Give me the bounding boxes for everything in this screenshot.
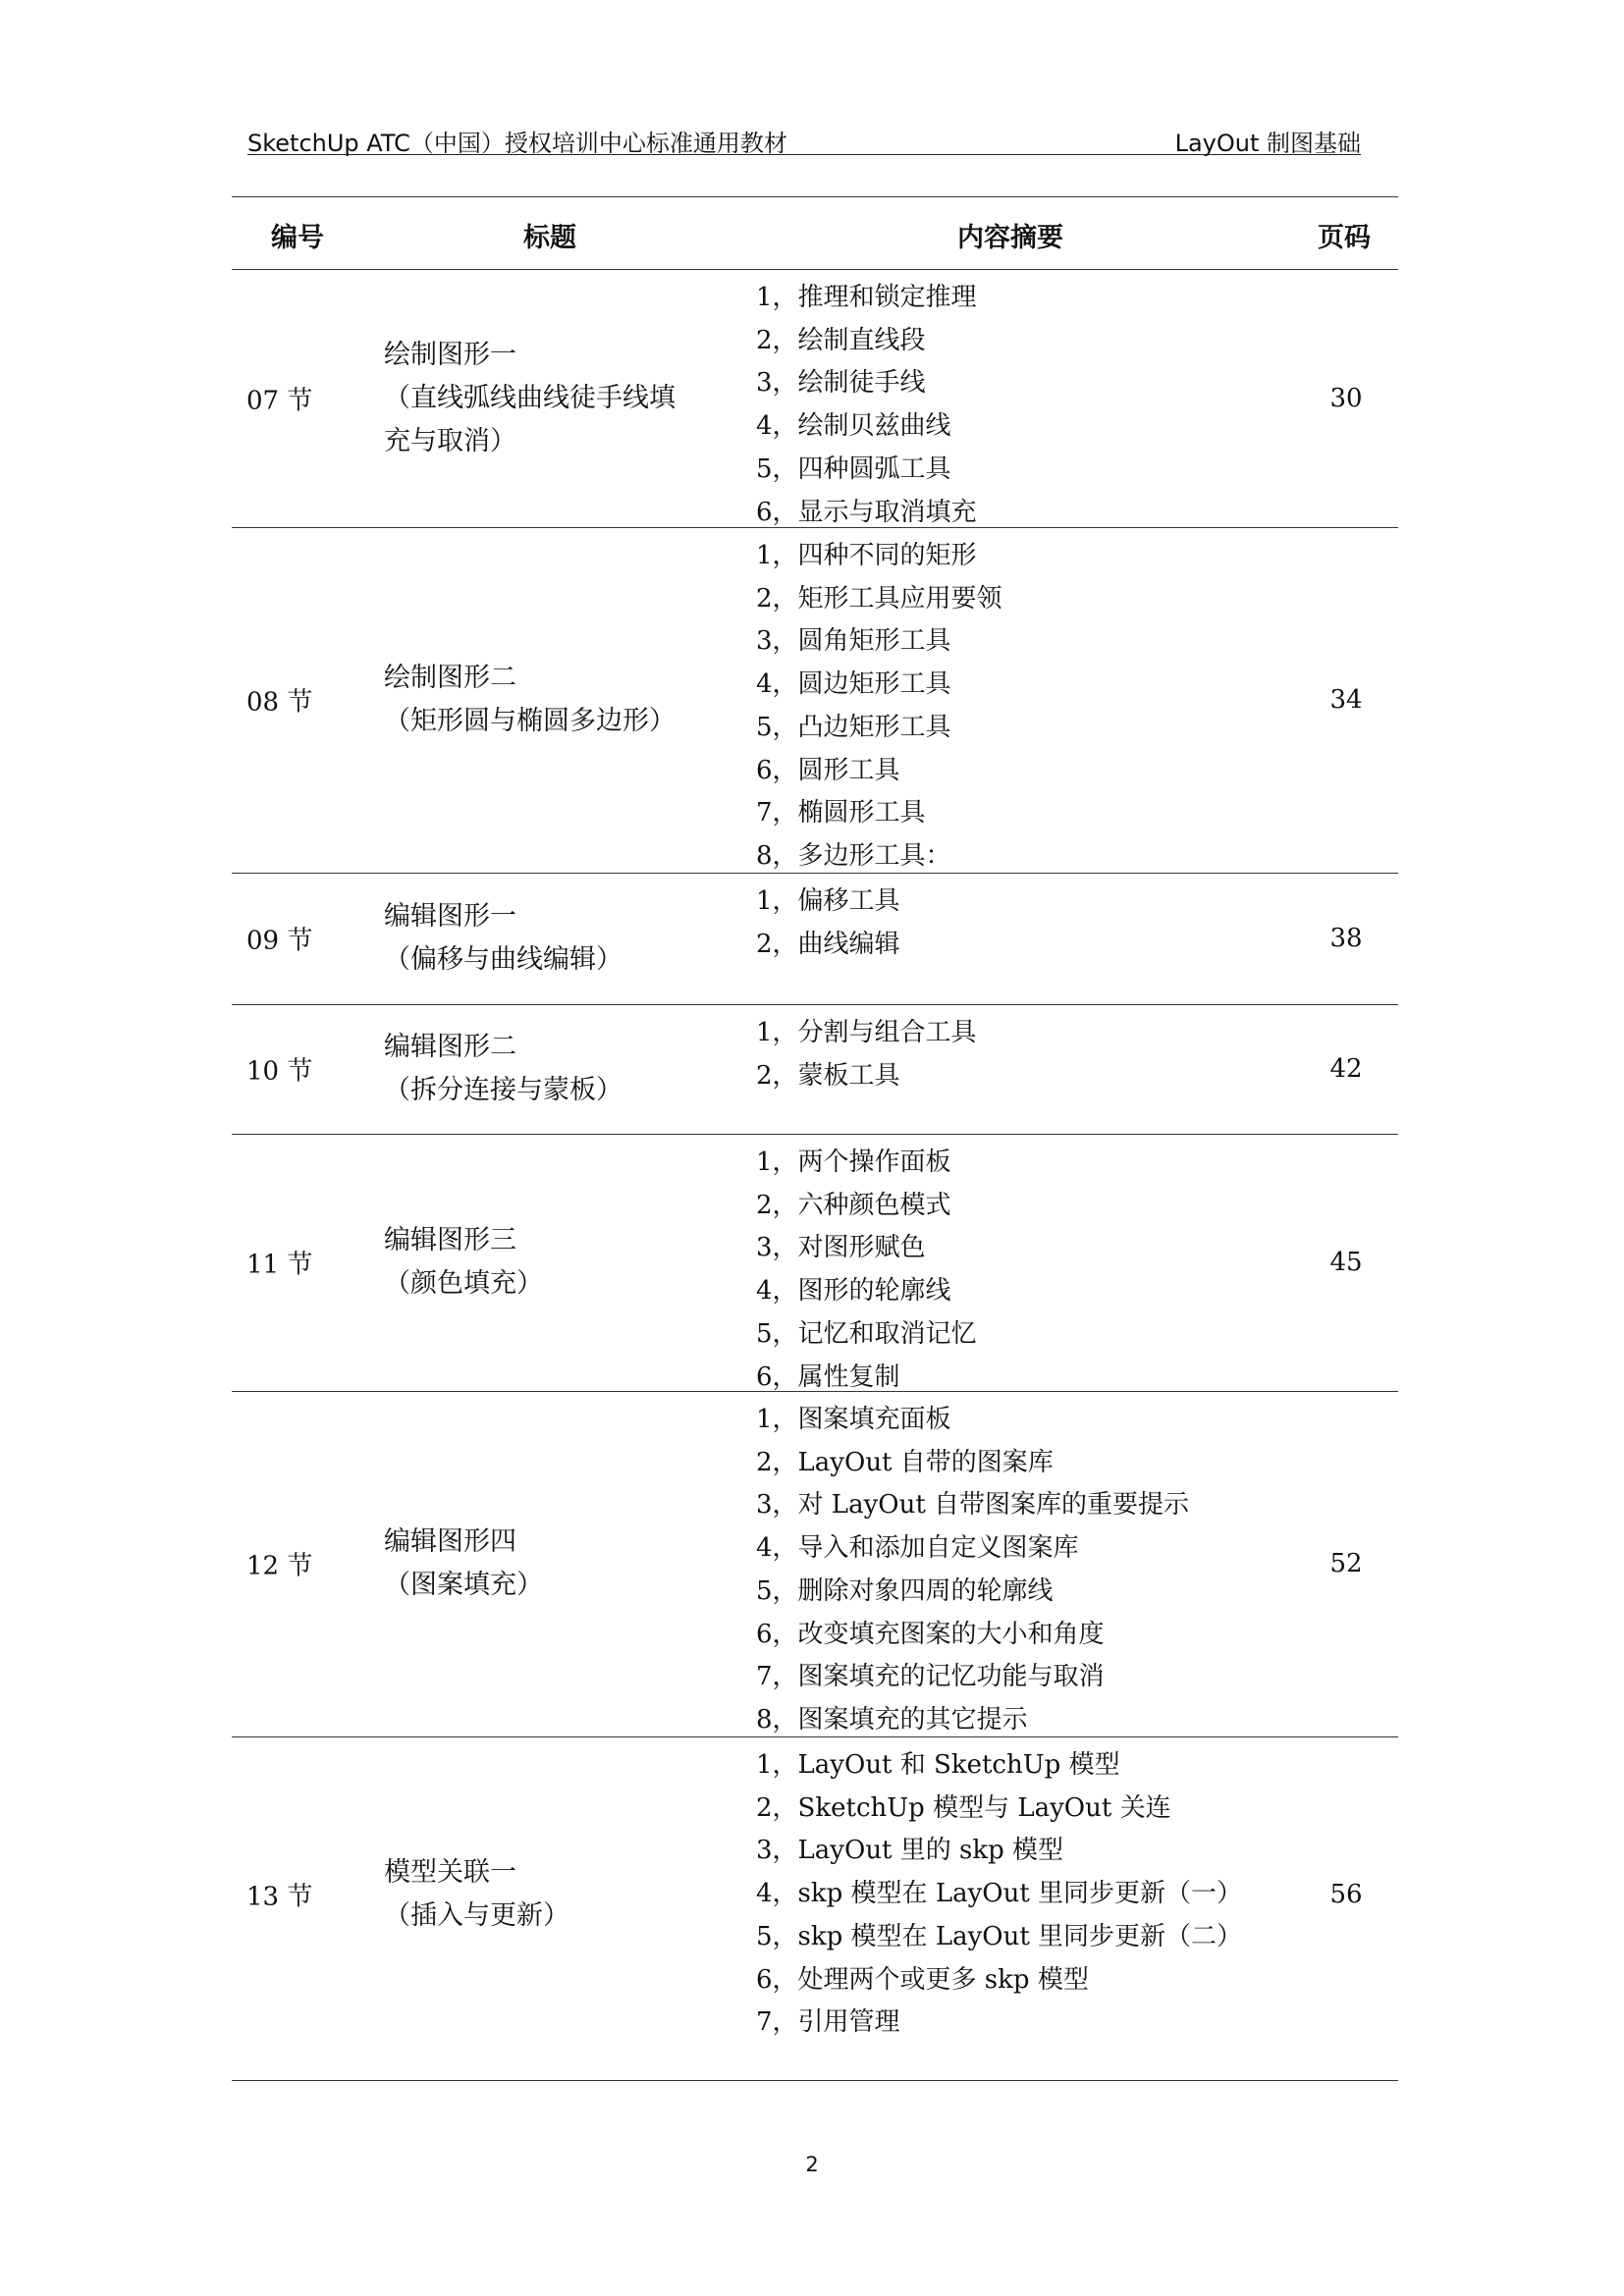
section-title-line: （直线弧线曲线徒手线填 bbox=[384, 377, 732, 420]
section-title-line: （图案填充） bbox=[384, 1564, 732, 1607]
section-title: 编辑图形一（偏移与曲线编辑） bbox=[384, 895, 732, 982]
summary-item: 1，推理和锁定推理 bbox=[756, 277, 977, 320]
summary-item: 6，改变填充图案的大小和角度 bbox=[756, 1614, 1189, 1657]
summary-item: 2，矩形工具应用要领 bbox=[756, 578, 1002, 621]
summary-item: 5，凸边矩形工具 bbox=[756, 707, 1002, 750]
summary-item: 3，对图形赋色 bbox=[756, 1227, 977, 1270]
summary-item: 1，偏移工具 bbox=[756, 881, 900, 924]
summary-list: 1，两个操作面板2，六种颜色模式3，对图形赋色4，图形的轮廓线5，记忆和取消记忆… bbox=[756, 1142, 977, 1399]
page-reference: 56 bbox=[1322, 1880, 1371, 1909]
table-top-rule bbox=[232, 196, 1398, 197]
page-reference: 42 bbox=[1322, 1054, 1371, 1084]
summary-item: 4，绘制贝兹曲线 bbox=[756, 405, 977, 449]
column-header-page: 页码 bbox=[1318, 216, 1371, 254]
section-number: 08 节 bbox=[246, 682, 312, 719]
section-title-line: 模型关联一 bbox=[384, 1851, 732, 1895]
table-row: 10 节编辑图形二（拆分连接与蒙板）1，分割与组合工具2，蒙板工具42 bbox=[232, 1004, 1398, 1134]
summary-item: 2，六种颜色模式 bbox=[756, 1185, 977, 1228]
section-number: 11 节 bbox=[246, 1245, 312, 1281]
page-reference: 38 bbox=[1322, 924, 1371, 953]
section-title-line: （偏移与曲线编辑） bbox=[384, 938, 732, 982]
summary-item: 2，SketchUp 模型与 LayOut 关连 bbox=[756, 1788, 1242, 1831]
summary-item: 3，绘制徒手线 bbox=[756, 362, 977, 405]
section-title-line: 编辑图形三 bbox=[384, 1219, 732, 1262]
summary-item: 7，椭圆形工具 bbox=[756, 792, 1002, 835]
section-number: 12 节 bbox=[246, 1546, 312, 1582]
summary-list: 1，图案填充面板2，LayOut 自带的图案库3，对 LayOut 自带图案库的… bbox=[756, 1399, 1189, 1742]
summary-item: 5，skp 模型在 LayOut 里同步更新（二） bbox=[756, 1916, 1242, 1959]
summary-item: 4，圆边矩形工具 bbox=[756, 664, 1002, 707]
summary-item: 1，LayOut 和 SketchUp 模型 bbox=[756, 1744, 1242, 1788]
summary-list: 1，四种不同的矩形2，矩形工具应用要领3，圆角矩形工具4，圆边矩形工具5，凸边矩… bbox=[756, 535, 1002, 879]
summary-item: 7，引用管理 bbox=[756, 2002, 1242, 2045]
section-title: 编辑图形三（颜色填充） bbox=[384, 1219, 732, 1306]
summary-item: 4，导入和添加自定义图案库 bbox=[756, 1527, 1189, 1571]
summary-item: 1，四种不同的矩形 bbox=[756, 535, 1002, 578]
section-title-line: （拆分连接与蒙板） bbox=[384, 1069, 732, 1112]
summary-item: 3，圆角矩形工具 bbox=[756, 620, 1002, 664]
summary-list: 1，LayOut 和 SketchUp 模型2，SketchUp 模型与 Lay… bbox=[756, 1744, 1242, 2045]
running-header-right: LayOut 制图基础 bbox=[1175, 124, 1361, 158]
section-number: 13 节 bbox=[246, 1876, 312, 1912]
column-header-title: 标题 bbox=[523, 216, 576, 254]
summary-list: 1，推理和锁定推理2，绘制直线段3，绘制徒手线4，绘制贝兹曲线5，四种圆弧工具6… bbox=[756, 277, 977, 534]
table-row: 09 节编辑图形一（偏移与曲线编辑）1，偏移工具2，曲线编辑38 bbox=[232, 873, 1398, 1004]
summary-item: 6，圆形工具 bbox=[756, 750, 1002, 793]
section-title-line: 编辑图形四 bbox=[384, 1521, 732, 1564]
column-header-summary: 内容摘要 bbox=[957, 216, 1063, 254]
section-title-line: 编辑图形二 bbox=[384, 1026, 732, 1069]
page-number: 2 bbox=[0, 2153, 1624, 2176]
summary-item: 4，图形的轮廓线 bbox=[756, 1270, 977, 1313]
summary-item: 7，图案填充的记忆功能与取消 bbox=[756, 1656, 1189, 1699]
page-reference: 45 bbox=[1322, 1248, 1371, 1277]
section-title-line: （颜色填充） bbox=[384, 1262, 732, 1306]
summary-item: 5，记忆和取消记忆 bbox=[756, 1313, 977, 1357]
section-title: 绘制图形二（矩形圆与椭圆多边形） bbox=[384, 657, 732, 743]
summary-item: 5，删除对象四周的轮廓线 bbox=[756, 1571, 1189, 1614]
summary-item: 1，两个操作面板 bbox=[756, 1142, 977, 1185]
section-title-line: 充与取消） bbox=[384, 420, 732, 463]
summary-item: 1，分割与组合工具 bbox=[756, 1012, 977, 1055]
summary-item: 3，LayOut 里的 skp 模型 bbox=[756, 1830, 1242, 1873]
table-row: 11 节编辑图形三（颜色填充）1，两个操作面板2，六种颜色模式3，对图形赋色4，… bbox=[232, 1134, 1398, 1391]
column-header-number: 编号 bbox=[271, 216, 324, 254]
section-number: 07 节 bbox=[246, 380, 312, 416]
section-title-line: 绘制图形二 bbox=[384, 657, 732, 700]
page-reference: 30 bbox=[1322, 384, 1371, 413]
section-title-line: 绘制图形一 bbox=[384, 334, 732, 377]
summary-item: 2，LayOut 自带的图案库 bbox=[756, 1442, 1189, 1485]
section-title: 绘制图形一（直线弧线曲线徒手线填充与取消） bbox=[384, 334, 732, 463]
summary-item: 2，蒙板工具 bbox=[756, 1055, 977, 1098]
summary-item: 2，曲线编辑 bbox=[756, 924, 900, 967]
summary-item: 4，skp 模型在 LayOut 里同步更新（一） bbox=[756, 1873, 1242, 1916]
table-row: 07 节绘制图形一（直线弧线曲线徒手线填充与取消）1，推理和锁定推理2，绘制直线… bbox=[232, 269, 1398, 527]
section-number: 10 节 bbox=[246, 1051, 312, 1088]
summary-item: 3，对 LayOut 自带图案库的重要提示 bbox=[756, 1484, 1189, 1527]
page-reference: 52 bbox=[1322, 1549, 1371, 1578]
section-title-line: 编辑图形一 bbox=[384, 895, 732, 938]
table-row: 12 节编辑图形四（图案填充）1，图案填充面板2，LayOut 自带的图案库3，… bbox=[232, 1391, 1398, 1736]
section-number: 09 节 bbox=[246, 921, 312, 957]
page-reference: 34 bbox=[1322, 685, 1371, 715]
table-row: 13 节模型关联一（插入与更新）1，LayOut 和 SketchUp 模型2，… bbox=[232, 1736, 1398, 2080]
row-divider bbox=[232, 2080, 1398, 2081]
summary-item: 2，绘制直线段 bbox=[756, 320, 977, 363]
summary-list: 1，分割与组合工具2，蒙板工具 bbox=[756, 1012, 977, 1097]
section-title: 编辑图形四（图案填充） bbox=[384, 1521, 732, 1607]
section-title: 编辑图形二（拆分连接与蒙板） bbox=[384, 1026, 732, 1112]
running-header-left: SketchUp ATC（中国）授权培训中心标准通用教材 bbox=[247, 124, 787, 158]
section-title-line: （矩形圆与椭圆多边形） bbox=[384, 700, 732, 743]
section-title-line: （插入与更新） bbox=[384, 1895, 732, 1938]
header-divider bbox=[247, 154, 1361, 155]
table-row: 08 节绘制图形二（矩形圆与椭圆多边形）1，四种不同的矩形2，矩形工具应用要领3… bbox=[232, 527, 1398, 873]
summary-item: 1，图案填充面板 bbox=[756, 1399, 1189, 1442]
summary-item: 6，处理两个或更多 skp 模型 bbox=[756, 1959, 1242, 2002]
summary-item: 5，四种圆弧工具 bbox=[756, 449, 977, 492]
summary-list: 1，偏移工具2，曲线编辑 bbox=[756, 881, 900, 966]
section-title: 模型关联一（插入与更新） bbox=[384, 1851, 732, 1938]
